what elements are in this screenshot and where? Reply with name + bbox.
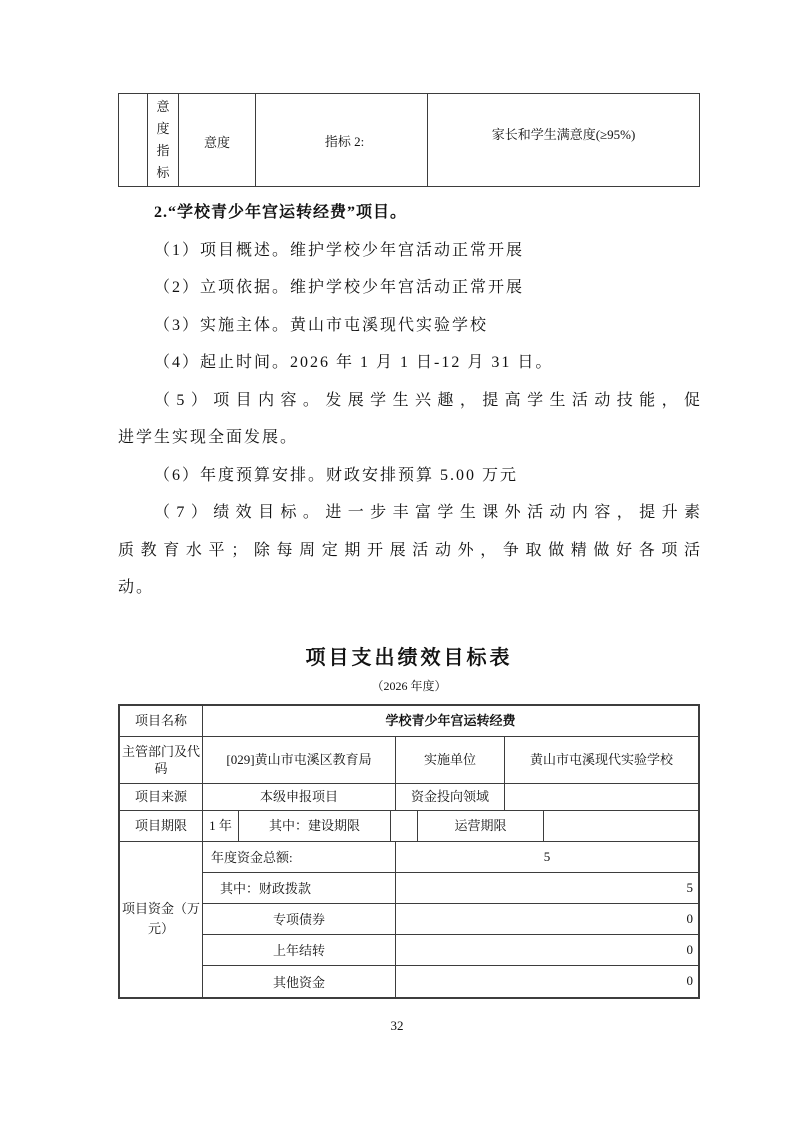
fund-row-other: 其他资金 0 xyxy=(203,966,698,997)
body-line: （1）项目概述。维护学校少年宫活动正常开展 xyxy=(118,232,700,270)
fund-row-total: 年度资金总额: 5 xyxy=(203,842,698,873)
project-name-value-cell: 学校青少年宫运转经费 xyxy=(203,706,698,737)
body-line: （2）立项依据。维护学校少年宫活动正常开展 xyxy=(118,269,700,307)
table-row-project-name: 项目名称 学校青少年宫运转经费 xyxy=(120,706,698,737)
body-line: （7）绩效目标。进一步丰富学生课外活动内容，提升素 xyxy=(118,494,700,532)
body-line: （3）实施主体。黄山市屯溪现代实验学校 xyxy=(118,307,700,345)
impl-unit-value-cell: 黄山市屯溪现代实验学校 xyxy=(505,737,698,784)
goal-table-title: 项目支出绩效目标表 xyxy=(118,643,700,673)
document-page: 意度指标 意度 指标 2: 家长和学生满意度(≥95%) 2.“学校青少年宫运转… xyxy=(0,0,794,1122)
body-line: 进学生实现全面发展。 xyxy=(118,419,700,457)
sub-label-cell: 意度 xyxy=(179,94,256,186)
table-row-period: 项目期限 1 年 其中：建设期限 运营期限 xyxy=(120,811,698,842)
impl-unit-label-cell: 实施单位 xyxy=(396,737,505,784)
project-name-label-cell: 项目名称 xyxy=(120,706,203,737)
fund-row-bond: 专项债券 0 xyxy=(203,904,698,935)
body-line: （6）年度预算安排。财政安排预算 5.00 万元 xyxy=(118,457,700,495)
vertical-label-cell: 意度指标 xyxy=(148,94,179,186)
oper-period-value-cell xyxy=(544,811,698,842)
build-period-label-cell: 其中：建设期限 xyxy=(239,811,391,842)
fund-fiscal-value-cell: 5 xyxy=(396,873,698,904)
fund-total-label-cell: 年度资金总额: xyxy=(203,842,396,873)
dept-label-cell: 主管部门及代码 xyxy=(120,737,203,784)
fund-fiscal-label-cell: 其中：财政拨款 xyxy=(203,873,396,904)
fund-label-cell: 项目资金（万元） xyxy=(120,842,203,997)
table-section-fund: 项目资金（万元） 年度资金总额: 5 其中：财政拨款 5 专项债券 0 xyxy=(120,842,698,997)
source-label-cell: 项目来源 xyxy=(120,784,203,811)
fund-carryover-value-cell: 0 xyxy=(396,935,698,966)
fund-total-value-cell: 5 xyxy=(396,842,698,873)
vertical-label: 意度指标 xyxy=(156,96,170,184)
period-value-cell: 1 年 xyxy=(203,811,239,842)
body-line: （5）项目内容。发展学生兴趣，提高学生活动技能，促 xyxy=(118,382,700,420)
section-heading: 2.“学校青少年宫运转经费”项目。 xyxy=(118,194,700,232)
body-line: 质教育水平；除每周定期开展活动外，争取做精做好各项活 xyxy=(118,532,700,570)
goal-table-subtitle: （2026 年度） xyxy=(118,677,700,695)
period-label-cell: 项目期限 xyxy=(120,811,203,842)
indicator-value-cell: 家长和学生满意度(≥95%) xyxy=(428,94,699,186)
body-text: 2.“学校青少年宫运转经费”项目。 （1）项目概述。维护学校少年宫活动正常开展 … xyxy=(118,194,700,607)
fund-bond-value-cell: 0 xyxy=(396,904,698,935)
page-number: 32 xyxy=(0,1018,794,1034)
fund-row-carryover: 上年结转 0 xyxy=(203,935,698,966)
fund-carryover-label-cell: 上年结转 xyxy=(203,935,396,966)
invest-field-value-cell xyxy=(505,784,698,811)
empty-cell xyxy=(119,94,148,186)
fund-other-value-cell: 0 xyxy=(396,966,698,997)
satisfaction-indicator-table: 意度指标 意度 指标 2: 家长和学生满意度(≥95%) xyxy=(118,93,700,187)
oper-period-label-cell: 运营期限 xyxy=(418,811,544,842)
body-line: 动。 xyxy=(118,569,700,607)
table-row-department: 主管部门及代码 [029]黄山市屯溪区教育局 实施单位 黄山市屯溪现代实验学校 xyxy=(120,737,698,784)
build-period-value-cell xyxy=(391,811,418,842)
page-content: 意度指标 意度 指标 2: 家长和学生满意度(≥95%) 2.“学校青少年宫运转… xyxy=(118,0,700,999)
table-row-source: 项目来源 本级申报项目 资金投向领域 xyxy=(120,784,698,811)
fund-other-label-cell: 其他资金 xyxy=(203,966,396,997)
body-line: （4）起止时间。2026 年 1 月 1 日-12 月 31 日。 xyxy=(118,344,700,382)
goal-table: 项目名称 学校青少年宫运转经费 主管部门及代码 [029]黄山市屯溪区教育局 实… xyxy=(118,704,700,999)
fund-bond-label-cell: 专项债券 xyxy=(203,904,396,935)
indicator-label-cell: 指标 2: xyxy=(256,94,428,186)
invest-field-label-cell: 资金投向领域 xyxy=(396,784,505,811)
source-value-cell: 本级申报项目 xyxy=(203,784,396,811)
fund-row-fiscal: 其中：财政拨款 5 xyxy=(203,873,698,904)
dept-value-cell: [029]黄山市屯溪区教育局 xyxy=(203,737,396,784)
fund-rows: 年度资金总额: 5 其中：财政拨款 5 专项债券 0 上年结转 0 xyxy=(203,842,698,997)
